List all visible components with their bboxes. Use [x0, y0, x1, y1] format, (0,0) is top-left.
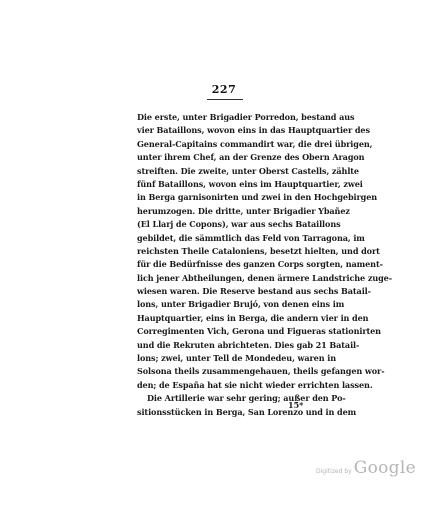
google-logo: Google [354, 458, 416, 478]
body-text: Die erste, unter Brigadier Porredon, bes… [137, 111, 310, 419]
text-line: in Berga garnisonirten und zwei in den H… [137, 191, 310, 204]
text-line: und die Rekruten abrichteten. Dies gab 2… [137, 339, 310, 352]
text-line: vier Bataillons, wovon eins in das Haupt… [137, 124, 310, 137]
watermark-prefix: Digitized by [316, 468, 352, 475]
text-line: Die Artillerie war sehr gering; außer de… [137, 392, 310, 405]
text-line: lons, unter Brigadier Brujó, von denen e… [137, 298, 310, 311]
digitized-by-google-watermark: Digitized by Google [316, 458, 416, 478]
text-line: lich jener Abtheilungen, denen ärmere La… [137, 272, 310, 285]
text-line: für die Bedürfnisse des ganzen Corps sor… [137, 258, 310, 271]
text-line: General-Capitains commandirt war, die dr… [137, 138, 310, 151]
page-number: 227 [0, 83, 448, 96]
text-line: Hauptquartier, eins in Berga, die andern… [137, 312, 310, 325]
text-line: streiften. Die zweite, unter Oberst Cast… [137, 165, 310, 178]
text-line: sitionsstücken in Berga, San Lorenzo und… [137, 406, 310, 419]
text-line: Solsona theils zusammengehauen, theils g… [137, 365, 310, 378]
text-line: (El Llarj de Copons), war aus sechs Bata… [137, 218, 310, 231]
signature-mark: 15* [288, 400, 303, 410]
text-line: den; de España hat sie nicht wieder erri… [137, 379, 310, 392]
text-line: Die erste, unter Brigadier Porredon, bes… [137, 111, 310, 124]
text-line: herumzogen. Die dritte, unter Brigadier … [137, 205, 310, 218]
text-line: fünf Bataillons, wovon eins im Hauptquar… [137, 178, 310, 191]
text-line: unter ihrem Chef, an der Grenze des Ober… [137, 151, 310, 164]
text-line: wiesen waren. Die Reserve bestand aus se… [137, 285, 310, 298]
text-line: reichsten Theile Cataloniens, besetzt hi… [137, 245, 310, 258]
text-line: gebildet, die sämmtlich das Feld von Tar… [137, 232, 310, 245]
text-line: Corregimenten Vich, Gerona und Figueras … [137, 325, 310, 338]
header-rule [207, 99, 243, 100]
text-line: lons; zwei, unter Tell de Mondedeu, ware… [137, 352, 310, 365]
